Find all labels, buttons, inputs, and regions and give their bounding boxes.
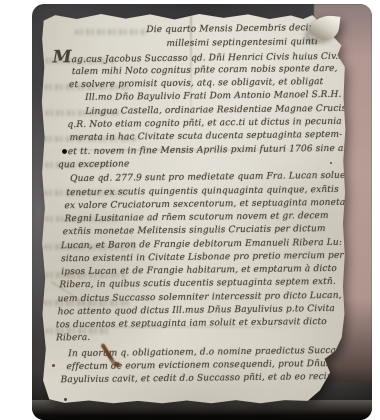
manuscript-photo: Die quarto Mensis Decembris decima quar.… <box>32 4 372 420</box>
ink-stain-dot <box>52 364 55 367</box>
manuscript-line: et tt. novem in fine Mensis Aprilis pxim… <box>68 145 353 158</box>
manuscript-line: tos ducentos et septuaginta iam soluit e… <box>56 318 327 331</box>
manuscript-line: merata in hac Civitate scuta ducenta sep… <box>70 131 343 144</box>
wormhole-mark <box>62 149 67 154</box>
manuscript-text: Die quarto Mensis Decembris decima quar.… <box>38 10 349 406</box>
screenshot-root: Die quarto Mensis Decembris decima quar.… <box>0 0 380 420</box>
manuscript-line: Quae qd. 277.9 sunt pro medietate quam F… <box>70 172 355 185</box>
manuscript-line: uem dictus Succasso solemniter intercess… <box>58 292 354 306</box>
manuscript-line: Lingua Castella, ordinariae Residentiae … <box>85 104 372 117</box>
manuscript-line: In quorum q. obligationem, d.o nomine pr… <box>68 346 372 360</box>
paper-speck <box>330 162 332 164</box>
manuscript-line: et solvere promisit quovis, atq. se obli… <box>69 78 324 91</box>
manuscript-line: qua exceptione <box>58 160 130 171</box>
paper-speck <box>64 398 67 401</box>
manuscript-line: Regni Lusitaniae ad rñem scutorum novem … <box>65 212 329 225</box>
manuscript-line: ipsos Lucan et de Frangie habitarum, et … <box>61 265 337 278</box>
manuscript-line: Ill.mo Dño Bayulivio Frati Dom Antonio M… <box>85 91 363 104</box>
manuscript-line: hoc attento quod dictus Ill.mus Dñus Bay… <box>58 305 335 318</box>
manuscript-line: ex valore Cruciatorum sexcentorum, et se… <box>64 199 350 212</box>
manuscript-line: Lucan, et Baron de Frangie debitorum Ema… <box>61 239 342 252</box>
manuscript-line: talem mihi Noto cognitus pñte coram nobi… <box>72 65 338 78</box>
manuscript-line: extñis monetae Melitensis singulis Cruci… <box>63 225 326 238</box>
paper-sheet: Die quarto Mensis Decembris decima quar.… <box>40 12 346 404</box>
manuscript-line: millesimi septingentesimi quinti <box>166 38 318 50</box>
manuscript-paper: Die quarto Mensis Decembris decima quar.… <box>40 12 346 404</box>
ink-stain-blot <box>114 362 120 367</box>
manuscript-line: Ribera. <box>56 334 90 344</box>
manuscript-line: q.R. Noto etiam cognito pñti, et acc.ti … <box>67 118 359 131</box>
manuscript-line: tenetur ex scutis quingentis quinquagint… <box>66 186 339 199</box>
manuscript-line: Bayulivius cavit, et cedit d.o Succasso … <box>61 373 355 386</box>
manuscript-line: sitano existenti in Civitate Lisbonae pr… <box>61 252 344 265</box>
manuscript-line: Ribera, in quibus scutis ducentis septua… <box>59 278 336 291</box>
